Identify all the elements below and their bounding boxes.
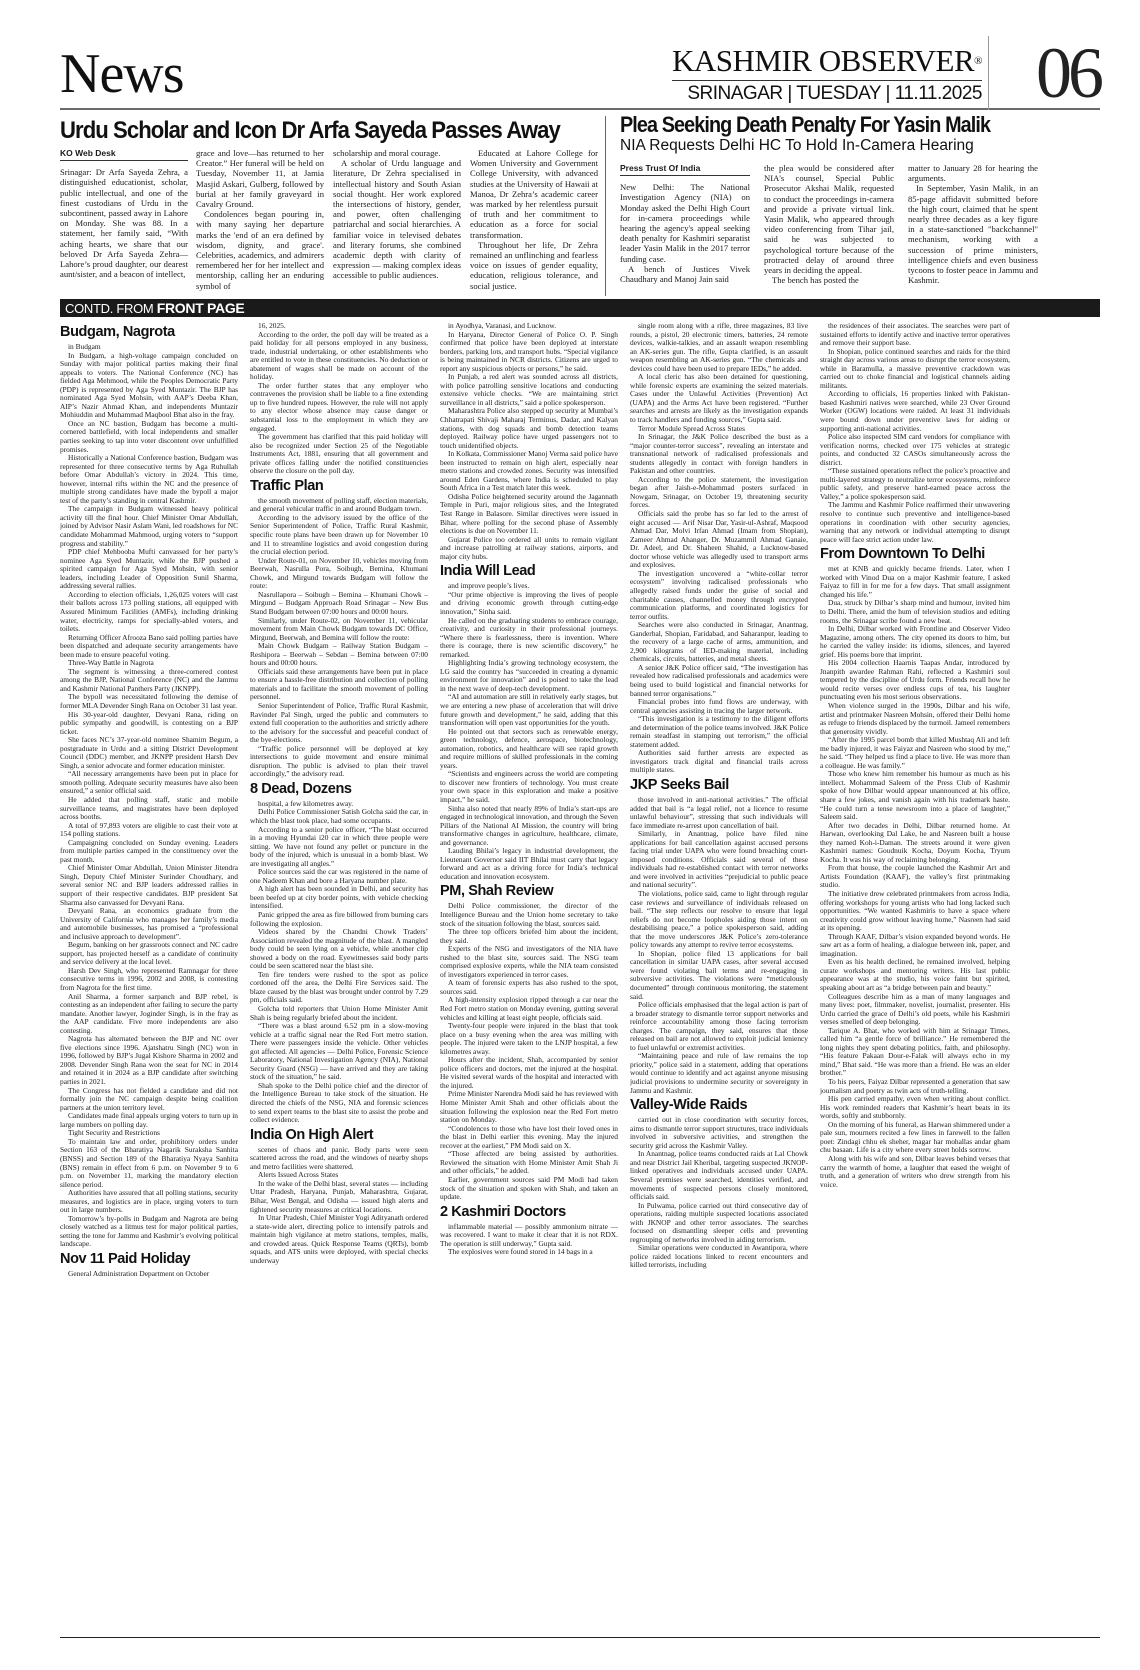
paragraph: Authorities said further arrests are exp… (630, 749, 808, 775)
paragraph: Srinagar: Dr Arfa Sayeda Zehra, a distin… (60, 167, 188, 279)
story1-byline: KO Web Desk (60, 148, 188, 161)
paragraph: Returning Officer Afrooza Bano said poll… (60, 634, 238, 660)
paragraph: A local cleric has also been detained fo… (630, 373, 808, 424)
lower-col5: the residences of their associates. The … (820, 322, 1010, 1634)
paragraph: In Kolkata, Commissioner Manoj Verma sai… (440, 450, 618, 493)
section-title: News (60, 44, 184, 104)
paragraph: Gujarat Police too ordered all units to … (440, 536, 618, 562)
paragraph: Hours after the incident, Shah, accompan… (440, 1056, 618, 1090)
column-divider (605, 116, 606, 296)
paragraph: Anil Sharma, a former sarpanch and BJP r… (60, 993, 238, 1036)
col1-body: in Budgam In Budgam, a high-voltage camp… (60, 343, 238, 1249)
paragraph: Police also inspected SIM card vendors f… (820, 433, 1010, 467)
paragraph: “This investigation is a testimony to th… (630, 715, 808, 749)
paragraph: The Congress has not fielded a candidate… (60, 1087, 238, 1113)
paragraph: Police sources said the car was register… (250, 868, 428, 885)
paragraph: the plea would be considered after NIA's… (764, 163, 894, 275)
subhead-pm-shah-review: PM, Shah Review (440, 882, 618, 900)
lower-col4: single room along with a rifle, three ma… (630, 322, 808, 1634)
contd-from-front-page-bar: CONTD. FROM FRONT PAGE (60, 299, 1100, 317)
story2-col1: Press Trust Of India New Delhi: The Nati… (620, 163, 750, 284)
brand-block: KASHMIR OBSERVER® SRINAGAR | TUESDAY | 1… (672, 44, 982, 107)
paragraph: “Condolences to those who have lost thei… (440, 1125, 618, 1151)
paragraph: A scholar of Urdu language and literatur… (333, 158, 461, 280)
paragraph: The government has clarified that this p… (250, 433, 428, 476)
paragraph: In Budgam, a high-voltage campaign concl… (60, 352, 238, 420)
paragraph: According to election officials, 1,26,02… (60, 591, 238, 634)
paragraph: A high alert has been sounded in Delhi, … (250, 885, 428, 911)
paragraph: The bench has posted the (764, 275, 894, 285)
paragraph: Experts of the NSG and investigators of … (440, 945, 618, 979)
lower-col3: in Ayodhya, Varanasi, and Lucknow. In Ha… (440, 322, 618, 1634)
paragraph: Authorities have assured that all pollin… (60, 1189, 238, 1215)
paragraph: Campaigning concluded on Sunday evening.… (60, 839, 238, 865)
paragraph: In Pulwama, police carried out third con… (630, 1202, 808, 1245)
paragraph: Once an NC bastion, Budgam has become a … (60, 420, 238, 454)
paragraph: “These sustained operations reflect the … (820, 467, 1010, 501)
paragraph: Throughout her life, Dr Zehra remained a… (470, 240, 598, 291)
paragraph: In the wake of the Delhi blast, several … (250, 1180, 428, 1214)
paragraph: Similarly, under Route-02, on November 1… (250, 617, 428, 643)
paragraph: A team of forensic experts has also rush… (440, 979, 618, 996)
story1-col1: KO Web Desk Srinagar: Dr Arfa Sayeda Zeh… (60, 148, 188, 279)
story2-headline: Plea Seeking Death Penalty For Yasin Mal… (620, 112, 990, 138)
story2-col3: matter to January 28 for hearing the arg… (908, 163, 1038, 285)
dateline: SRINAGAR | TUESDAY | 11.11.2025 (672, 81, 982, 107)
masthead: News KASHMIR OBSERVER® SRINAGAR | TUESDA… (60, 40, 1100, 110)
paragraph: Tarique A. Bhat, who worked with him at … (820, 1027, 1010, 1078)
paragraph: The Jammu and Kashmir Police reaffirmed … (820, 501, 1010, 544)
paragraph: those involved in anti-national activiti… (630, 796, 808, 830)
paragraph: His pen carried empathy, even when writi… (820, 1095, 1010, 1121)
paragraph: Prime Minister Narendra Modi said he has… (440, 1090, 618, 1124)
paragraph: According to a senior police officer, “T… (250, 826, 428, 869)
paragraph: Nasrullapora – Soibugh – Bemina – Khuman… (250, 591, 428, 617)
paragraph: His 2004 collection Haarnis Taapas Andar… (820, 659, 1010, 702)
subhead-india-will-lead: India Will Lead (440, 562, 618, 580)
paragraph: Searches were also conducted in Srinagar… (630, 621, 808, 664)
paragraph: Odisha Police heightened security around… (440, 493, 618, 536)
paragraph: Delhi Police commissioner, the director … (440, 902, 618, 928)
paragraph: When violence surged in the 1990s, Dilba… (820, 702, 1010, 736)
paragraph: In Shopian, police filed 13 applications… (630, 950, 808, 1001)
paragraph: A total of 97,893 voters are eligible to… (60, 822, 238, 839)
paragraph: “AI and automation are still in relative… (440, 693, 618, 727)
paragraph: In September, Yasin Malik, in an 85-page… (908, 183, 1038, 285)
paragraph: To maintain law and order, prohibitory o… (60, 1138, 238, 1189)
paragraph: Nagrota has alternated between the BJP a… (60, 1035, 238, 1086)
paragraph: Condolences began pouring in, with many … (196, 209, 324, 291)
subhead-from-downtown-to-delhi: From Downtown To Delhi (820, 545, 1010, 563)
paragraph: In Uttar Pradesh, Chief Minister Yogi Ad… (250, 1214, 428, 1265)
paragraph: Main Chowk Budgam – Railway Station Budg… (250, 642, 428, 668)
paragraph: Educated at Lahore College for Women Uni… (470, 148, 598, 240)
story1-headline: Urdu Scholar and Icon Dr Arfa Sayeda Pas… (60, 116, 560, 146)
subhead-nov-11-paid-holiday: Nov 11 Paid Holiday (60, 1250, 238, 1268)
subhead-india-on-high-alert: India On High Alert (250, 1126, 428, 1144)
paragraph: After two decades in Delhi, Dilbar retur… (820, 822, 1010, 865)
lower-col1: Budgam, Nagrota in Budgam In Budgam, a h… (60, 322, 238, 1634)
paragraph: Candidates made final appeals urging vot… (60, 1112, 238, 1129)
paragraph: On the morning of his funeral, as Harwan… (820, 1121, 1010, 1155)
paragraph: the residences of their associates. The … (820, 322, 1010, 348)
paragraph: General Administration Department on Oct… (60, 1270, 238, 1279)
paragraph: Tomorrow’s by-polls in Budgam and Nagrot… (60, 1215, 238, 1249)
paragraph: Maharashtra Police also stepped up secur… (440, 407, 618, 450)
paragraph: scenes of chaos and panic. Body parts we… (250, 1146, 428, 1172)
story1-col2: grace and love—has returned to her Creat… (196, 148, 324, 291)
subhead-valley-wide-raids: Valley-Wide Raids (630, 1096, 808, 1114)
paragraph: “Traffic police personnel will be deploy… (250, 745, 428, 779)
paragraph: Lauding Bhilai’s legacy in industrial de… (440, 847, 618, 881)
contd-prefix: CONTD. FROM (65, 301, 153, 316)
story2-col2: the plea would be considered after NIA's… (764, 163, 894, 285)
paragraph: The investigation uncovered a “white-col… (630, 570, 808, 621)
paragraph: The campaign in Budgam witnessed heavy p… (60, 505, 238, 548)
paragraph: Chief Minister Omar Abdullah, Union Mini… (60, 864, 238, 907)
paragraph: According to officials, 16 properties li… (820, 390, 1010, 433)
paragraph: Through KAAF, Dilbar’s vision expanded b… (820, 933, 1010, 959)
paragraph: New Delhi: The National Investigation Ag… (620, 182, 750, 264)
paragraph: In Srinagar, the J&K Police described th… (630, 433, 808, 476)
paragraph: He added that polling staff, static and … (60, 796, 238, 822)
paragraph: single room along with a rifle, three ma… (630, 322, 808, 373)
paragraph: Those who knew him remember his humour a… (820, 770, 1010, 821)
paragraph: Even as his health declined, he remained… (820, 958, 1010, 992)
paragraph: According to the advisory issued by the … (250, 514, 428, 557)
paragraph: The explosives were found stored in 14 b… (440, 1248, 618, 1257)
paragraph: The three top officers briefed him about… (440, 928, 618, 945)
contd-emphasis: FRONT PAGE (157, 300, 245, 316)
paragraph: Panic gripped the area as fire billowed … (250, 911, 428, 928)
paragraph: “Scientists and engineers across the wor… (440, 770, 618, 804)
paragraph: His 30-year-old daughter, Devyani Rana, … (60, 711, 238, 737)
paragraph: Along with his wife and son, Dilbar leav… (820, 1155, 1010, 1189)
paragraph: Historically a National Conference basti… (60, 454, 238, 505)
paragraph: “After the 1995 parcel bomb that killed … (820, 736, 1010, 770)
paragraph: From that house, the couple launched the… (820, 864, 1010, 890)
paragraph: “There was a blast around 6.52 pm in a s… (250, 1022, 428, 1082)
paragraph: He pointed out that sectors such as rene… (440, 728, 618, 771)
paragraph: Begum, banking on her grassroots connect… (60, 941, 238, 967)
paragraph: According to the order, the poll day wil… (250, 331, 428, 382)
story1-col3: scholarship and moral courage. A scholar… (333, 148, 461, 281)
paragraph: “Those affected are being assisted by au… (440, 1150, 618, 1176)
paragraph: Sinha also noted that nearly 89% of Indi… (440, 805, 618, 848)
subhead-8-dead-dozens: 8 Dead, Dozens (250, 780, 428, 798)
paragraph: met at KNB and quickly became friends. L… (820, 565, 1010, 599)
paragraph: The violations, police said, came to lig… (630, 890, 808, 950)
paragraph: Police officials emphasised that the leg… (630, 1001, 808, 1052)
paragraph: In Delhi, Dilbar worked with Frontline a… (820, 625, 1010, 659)
publication-name: KASHMIR OBSERVER® (672, 44, 982, 81)
paragraph: Videos shared by the Chandni Chowk Trade… (250, 928, 428, 971)
paragraph: Financial probes into fund flows are und… (630, 698, 808, 715)
paragraph: The order further states that any employ… (250, 382, 428, 433)
paragraph: Colleagues describe him as a man of many… (820, 993, 1010, 1027)
paragraph: Twenty-four people were injured in the b… (440, 1022, 618, 1056)
paragraph: carried out in close coordination with s… (630, 1116, 808, 1150)
paragraph: “Maintaining peace and rule of law remai… (630, 1052, 808, 1095)
paragraph: In Anantnag, police teams conducted raid… (630, 1150, 808, 1201)
paragraph: Similarly, in Anantnag, police have file… (630, 830, 808, 890)
subhead-2-kashmiri-doctors: 2 Kashmiri Doctors (440, 1203, 618, 1221)
story2-subheadline: NIA Requests Delhi HC To Hold In-Camera … (620, 137, 974, 155)
story2-byline: Press Trust Of India (620, 163, 750, 176)
lower-col2: 16, 2025. According to the order, the po… (250, 322, 428, 1634)
paragraph: He called on the graduating students to … (440, 617, 618, 660)
paragraph: In Shopian, police continued searches an… (820, 348, 1010, 391)
paragraph: Officials said these arrangements have b… (250, 668, 428, 702)
paragraph: Ten fire tenders were rushed to the spot… (250, 971, 428, 1005)
paragraph: Officials said the probe has so far led … (630, 510, 808, 570)
paragraph: Similar operations were conducted in Awa… (630, 1244, 808, 1270)
publication-name-text: KASHMIR OBSERVER (672, 43, 974, 78)
paragraph: A high-intensity explosion ripped throug… (440, 996, 618, 1022)
subhead-budgam-nagrota: Budgam, Nagrota (60, 323, 238, 341)
paragraph: Under Route-01, on November 10, vehicles… (250, 557, 428, 591)
paragraph: In Haryana, Director General of Police O… (440, 331, 618, 374)
paragraph: grace and love—has returned to her Creat… (196, 148, 324, 209)
paragraph: A bench of Justices Vivek Chaudhary and … (620, 264, 750, 284)
paragraph: The segment is witnessing a three-corner… (60, 668, 238, 694)
page-number: 06 (988, 36, 1100, 110)
paragraph: According to the police statement, the i… (630, 476, 808, 510)
paragraph: “Our prime objective is improving the li… (440, 591, 618, 617)
paragraph: To his peers, Faiyaz Dilbar represented … (820, 1078, 1010, 1095)
registered-mark-icon: ® (974, 55, 982, 67)
subhead-jkp-seeks-bail: JKP Seeks Bail (630, 776, 808, 794)
story1-col4: Educated at Lahore College for Women Uni… (470, 148, 598, 291)
paragraph: Devyani Rana, an economics graduate from… (60, 907, 238, 941)
paragraph: The bypoll was necessitated following th… (60, 693, 238, 710)
paragraph: “All necessary arrangements have been pu… (60, 770, 238, 796)
subhead-traffic-plan: Traffic Plan (250, 477, 428, 495)
paragraph: scholarship and moral courage. (333, 148, 461, 158)
paragraph: In Punjab, a red alert was sounded acros… (440, 373, 618, 407)
paragraph: The initiative drew celebrated printmake… (820, 890, 1010, 933)
paragraph: Earlier, government sources said PM Modi… (440, 1176, 618, 1202)
paragraph: Delhi Police Commissioner Satish Golcha … (250, 808, 428, 825)
paragraph: A senior J&K Police officer said, “The i… (630, 664, 808, 698)
paragraph: She faces NC’s 37-year-old nominee Shami… (60, 736, 238, 770)
paragraph: inflammable material — possibly ammonium… (440, 1223, 618, 1249)
paragraph: matter to January 28 for hearing the arg… (908, 163, 1038, 183)
paragraph: Dua, struck by Dilbar’s sharp mind and h… (820, 599, 1010, 625)
paragraph: PDP chief Mehbooba Mufti canvassed for h… (60, 548, 238, 591)
paragraph: Shah spoke to the Delhi police chief and… (250, 1082, 428, 1125)
bottom-rule (60, 1637, 1100, 1638)
paragraph: the smooth movement of polling staff, el… (250, 497, 428, 514)
paragraph: Highlighting India’s growing technology … (440, 659, 618, 693)
paragraph: Senior Superintendent of Police, Traffic… (250, 702, 428, 745)
paragraph: Harsh Dev Singh, who represented Ramnaga… (60, 967, 238, 993)
paragraph: Golcha told reporters that Union Home Mi… (250, 1005, 428, 1022)
